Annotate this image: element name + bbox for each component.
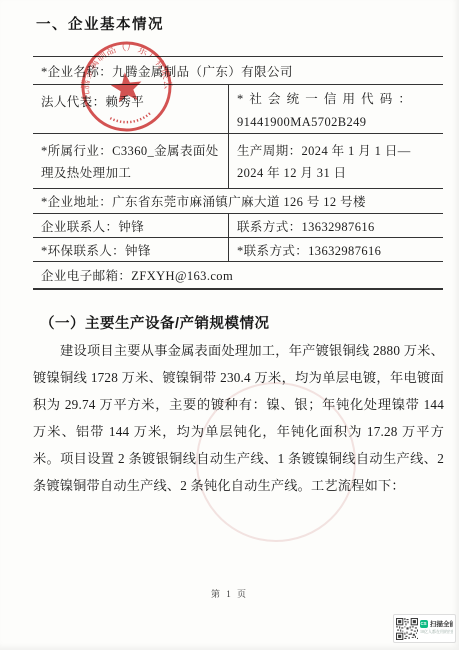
- doc-title: 一、企业基本情况: [36, 13, 164, 34]
- section-heading: （一）主要生产设备/产销规模情况: [40, 312, 270, 333]
- production-period-cell: 生产周期：2024 年 1 月 1 日—2024 年 12 月 31 日: [228, 134, 443, 188]
- company-name-cell: *企业名称：九腾金属制品（广东）有限公司: [33, 57, 301, 84]
- camscanner-watermark: CS 扫描全能王 10亿人都在用的扫描App: [393, 614, 456, 643]
- camscanner-label-block: CS 扫描全能王 10亿人都在用的扫描App: [420, 617, 453, 640]
- contact-person-cell: 企业联系人：钟锋: [33, 214, 228, 237]
- camscanner-tagline: 10亿人都在用的扫描App: [420, 629, 437, 635]
- company-info-table: *企业名称：九腾金属制品（广东）有限公司 法人代表：赖秀平 * 社 会 统 一 …: [33, 56, 443, 290]
- table-row-legal-rep: 法人代表：赖秀平 * 社 会 统 一 信 用 代 码 ： 91441900MA5…: [33, 85, 443, 134]
- industry-cell: *所属行业：C3360_金属表面处理及热处理加工: [33, 134, 228, 188]
- camscanner-app-name: 扫描全能王: [430, 619, 453, 628]
- email-cell: 企业电子邮箱：ZFXYH@163.com: [33, 262, 241, 288]
- table-row-contact: 企业联系人：钟锋 联系方式：13632987616: [33, 214, 443, 238]
- scanned-document-page: 一、企业基本情况 *企业名称：九腾金属制品（广东）有限公司 法人代表：赖秀平 *…: [0, 0, 459, 650]
- camscanner-app-icon: CS: [420, 620, 428, 628]
- page-number: 第 1 页: [0, 587, 459, 600]
- table-row-env-contact: *环保联系人：钟锋 *联系方式：13632987616: [33, 238, 443, 262]
- credit-code-value: 91441900MA5702B249: [237, 111, 435, 134]
- project-description: 建设项目主要从事金属表面处理加工，年产镀银铜线 2880 万米、镀镍铜线 172…: [33, 337, 444, 499]
- env-contact-phone-cell: *联系方式：13632987616: [228, 238, 443, 261]
- table-row-email: 企业电子邮箱：ZFXYH@163.com: [33, 262, 443, 288]
- table-row-industry: *所属行业：C3360_金属表面处理及热处理加工 生产周期：2024 年 1 月…: [33, 134, 443, 189]
- address-cell: *企业地址：广东省东莞市麻涌镇广麻大道 126 号 12 号楼: [33, 189, 374, 213]
- table-row-address: *企业地址：广东省东莞市麻涌镇广麻大道 126 号 12 号楼: [33, 189, 443, 214]
- credit-code-label: * 社 会 统 一 信 用 代 码 ：: [237, 88, 435, 111]
- legal-representative-cell: 法人代表：赖秀平: [33, 85, 228, 133]
- qr-code-icon: [396, 618, 418, 640]
- env-contact-person-cell: *环保联系人：钟锋: [33, 238, 228, 261]
- credit-code-cell: * 社 会 统 一 信 用 代 码 ： 91441900MA5702B249: [228, 85, 443, 133]
- table-row-company-name: *企业名称：九腾金属制品（广东）有限公司: [33, 57, 443, 85]
- contact-phone-cell: 联系方式：13632987616: [228, 214, 443, 237]
